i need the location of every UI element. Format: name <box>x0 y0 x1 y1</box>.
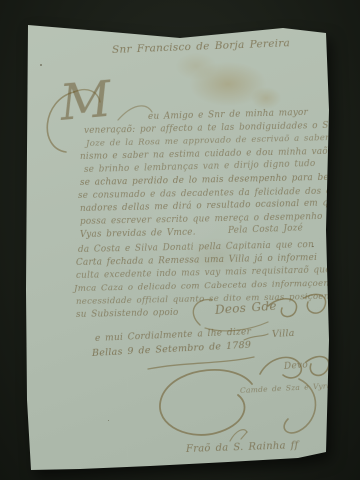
manuscript-paper: Snr Francisco de Borja Pereira M eu Amig… <box>0 0 360 480</box>
body-line: Vyas brevidas de Vmce. <box>80 228 196 240</box>
paper-speck <box>40 64 42 66</box>
valediction-flourish-text: Deos Gde <box>215 299 278 317</box>
signature-line: Camde de Sza e Vyra <box>240 381 332 395</box>
signature-rubric-curl <box>306 357 329 376</box>
body-line-right-fragment: Pela Costa Jozé <box>228 223 303 236</box>
signature-name: Devo <box>284 360 309 372</box>
photo-of-letter: Snr Francisco de Borja Pereira M eu Amig… <box>0 0 360 480</box>
closing-right-word: Villa <box>272 328 295 340</box>
body-line: eu Amigo e Snr de minha mayor <box>148 108 308 122</box>
body-line: se achava perdido de lo mais desempenho … <box>80 173 338 188</box>
docket-tick <box>241 432 247 439</box>
body-line: se brinho e lembranças van e dirijo dign… <box>84 159 316 175</box>
body-line: possa escrever escrito que mereça o dese… <box>80 211 345 227</box>
initial-swash <box>118 106 152 120</box>
date-underline-swash <box>148 357 254 369</box>
signature-rubric-loop <box>160 370 252 435</box>
paper-shadow: Snr Francisco de Borja Pereira M eu Amig… <box>0 0 360 480</box>
drop-cap-initial: M <box>57 70 113 132</box>
docket-tick <box>230 430 247 441</box>
salutation-line: Snr Francisco de Borja Pereira <box>112 37 291 56</box>
paper-speck <box>108 420 109 421</box>
body-line: necessidade official quanto se dito em s… <box>76 291 350 307</box>
body-line: su Subsistendo opoio <box>76 308 179 320</box>
docket-line: Fraõ da S. Rainha ff <box>186 440 299 455</box>
